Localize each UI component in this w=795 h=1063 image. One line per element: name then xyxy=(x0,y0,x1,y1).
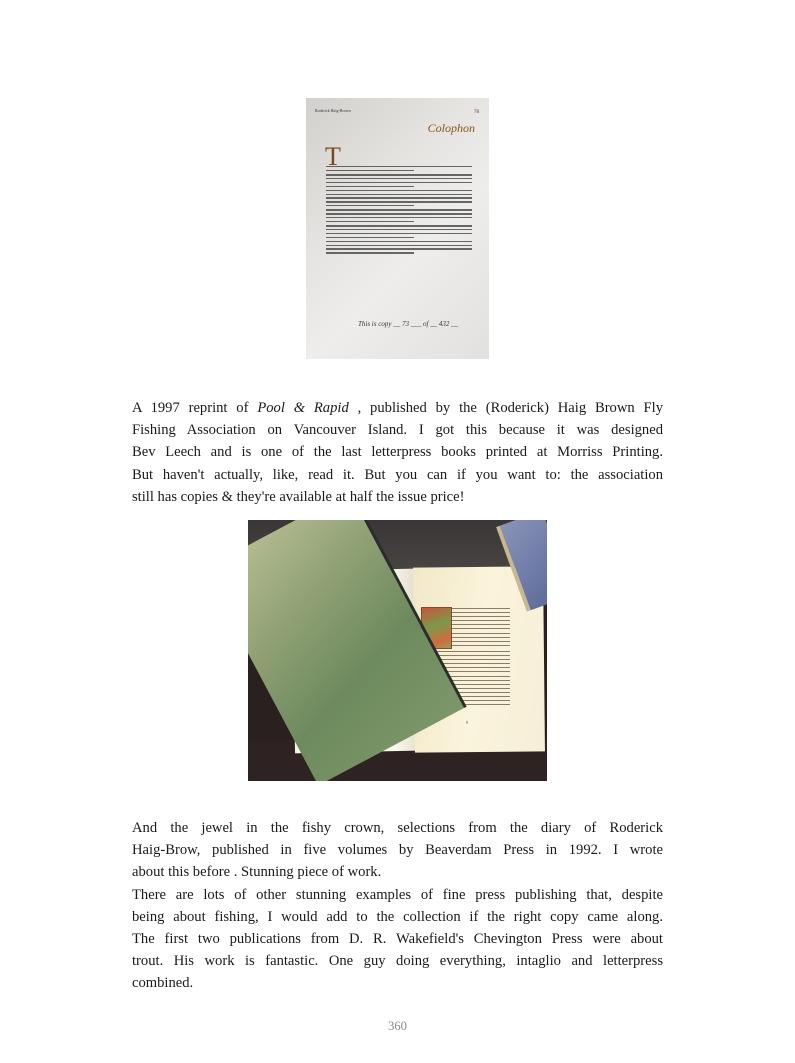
colophon-photo: Roderick Haig-Brown 78 Colophon T This i… xyxy=(306,98,489,359)
book-folio: 9 xyxy=(466,720,468,725)
text-line: But haven't actually, like, read it. But… xyxy=(132,464,663,486)
text-line: Bev Leech and is one of the last letterp… xyxy=(132,441,663,463)
text-line: still has copies & they're available at … xyxy=(132,486,663,508)
photo-page-number: 78 xyxy=(474,110,479,115)
book-text-block xyxy=(452,608,510,649)
page-number: 360 xyxy=(0,1019,795,1034)
text-line: being about fishing, I would add to the … xyxy=(132,906,663,928)
text-line: The first two publications from D. R. Wa… xyxy=(132,928,663,950)
photo-text-block xyxy=(326,166,472,256)
text-run: , published by the (Roderick) Haig Brown… xyxy=(349,400,663,416)
text-line: A 1997 reprint of Pool & Rapid , publish… xyxy=(132,397,663,419)
text-line: There are lots of other stunning example… xyxy=(132,884,663,906)
photo-drop-cap: T xyxy=(325,146,341,168)
photo-running-head: Roderick Haig-Brown xyxy=(315,108,351,113)
open-book-photo: 9 xyxy=(248,520,547,781)
photo-copy-number-line: This is copy __ 73 ___ of __ 432 __ xyxy=(358,320,458,328)
text-line: trout. His work is fantastic. One guy do… xyxy=(132,950,663,972)
text-line: Fishing Association on Vancouver Island.… xyxy=(132,419,663,441)
paragraph-pool-and-rapid: A 1997 reprint of Pool & Rapid , publish… xyxy=(132,397,663,508)
text-run: A 1997 reprint of xyxy=(132,400,257,416)
paragraph-diary: And the jewel in the fishy crown, select… xyxy=(132,817,663,995)
text-line: And the jewel in the fishy crown, select… xyxy=(132,817,663,839)
text-line: about this before . Stunning piece of wo… xyxy=(132,861,663,883)
photo-colophon-title: Colophon xyxy=(428,121,475,136)
text-line: Haig-Brow, published in five volumes by … xyxy=(132,839,663,861)
book-title-pool-and-rapid: Pool & Rapid xyxy=(257,400,348,416)
text-line: combined. xyxy=(132,972,663,994)
